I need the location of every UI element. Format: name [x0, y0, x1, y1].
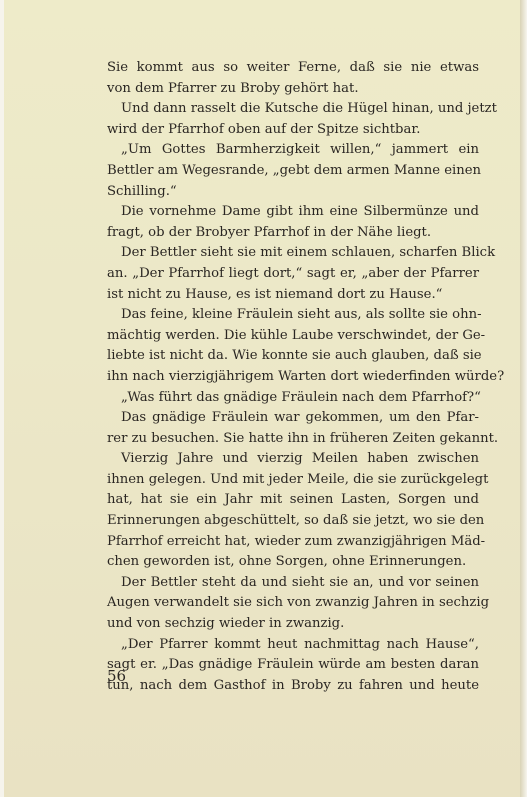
text-line: „Was führt das gnädige Fräulein nach dem…	[107, 388, 479, 409]
text-line: von dem Pfarrer zu Broby gehört hat.	[107, 79, 479, 100]
paragraph: „Was führt das gnädige Fräulein nach dem…	[107, 388, 479, 409]
paragraph: Vierzig Jahre und vierzig Meilen haben z…	[107, 449, 479, 573]
body-text: Sie kommt aus so weiter Ferne, daß sie n…	[107, 58, 479, 696]
text-line: Bettler am Wegesrande, „gebt dem armen M…	[107, 161, 479, 182]
text-line: ihnen gelegen. Und mit jeder Meile, die …	[107, 470, 479, 491]
text-line: hat, hat sie ein Jahr mit seinen Lasten,…	[107, 490, 479, 511]
text-line: liebte ist nicht da. Wie konnte sie auch…	[107, 346, 479, 367]
text-line: Erinnerungen abgeschüttelt, so daß sie j…	[107, 511, 479, 532]
text-line: und von sechzig wieder in zwanzig.	[107, 614, 479, 635]
scan-right-edge	[520, 0, 527, 797]
text-line: Der Bettler steht da und sieht sie an, u…	[107, 573, 479, 594]
paragraph: Und dann rasselt die Kutsche die Hügel h…	[107, 99, 479, 140]
text-line: Das gnädige Fräulein war gekommen, um de…	[107, 408, 479, 429]
text-line: Augen verwandelt sie sich von zwanzig Ja…	[107, 593, 479, 614]
text-line: „Der Pfarrer kommt heut nachmittag nach …	[107, 635, 479, 656]
paragraph: „Um Gottes Barmherzigkeit willen,“ jamme…	[107, 140, 479, 202]
text-line: mächtig werden. Die kühle Laube verschwi…	[107, 326, 479, 347]
paragraph: Das feine, kleine Fräulein sieht aus, al…	[107, 305, 479, 387]
text-line: Vierzig Jahre und vierzig Meilen haben z…	[107, 449, 479, 470]
text-line: ist nicht zu Hause, es ist niemand dort …	[107, 285, 479, 306]
text-line: Schilling.“	[107, 182, 479, 203]
page-number: 56	[107, 667, 126, 685]
text-line: Und dann rasselt die Kutsche die Hügel h…	[107, 99, 479, 120]
paragraph: Der Bettler steht da und sieht sie an, u…	[107, 573, 479, 635]
text-line: ihn nach vierzigjährigem Warten dort wie…	[107, 367, 479, 388]
paragraph: „Der Pfarrer kommt heut nachmittag nach …	[107, 635, 479, 697]
paragraph: Sie kommt aus so weiter Ferne, daß sie n…	[107, 58, 479, 99]
text-line: rer zu besuchen. Sie hatte ihn in früher…	[107, 429, 479, 450]
text-line: wird der Pfarrhof oben auf der Spitze si…	[107, 120, 479, 141]
book-page: Sie kommt aus so weiter Ferne, daß sie n…	[4, 0, 520, 797]
text-line: tun, nach dem Gasthof in Broby zu fahren…	[107, 676, 479, 697]
text-line: chen geworden ist, ohne Sorgen, ohne Eri…	[107, 552, 479, 573]
paragraph: Die vornehme Dame gibt ihm eine Silbermü…	[107, 202, 479, 243]
text-line: Pfarrhof erreicht hat, wieder zum zwanzi…	[107, 532, 479, 553]
paragraph: Der Bettler sieht sie mit einem schlauen…	[107, 243, 479, 305]
text-line: fragt, ob der Brobyer Pfarrhof in der Nä…	[107, 223, 479, 244]
text-line: Das feine, kleine Fräulein sieht aus, al…	[107, 305, 479, 326]
paragraph: Das gnädige Fräulein war gekommen, um de…	[107, 408, 479, 449]
text-line: sagt er. „Das gnädige Fräulein würde am …	[107, 655, 479, 676]
text-line: Die vornehme Dame gibt ihm eine Silbermü…	[107, 202, 479, 223]
text-line: Sie kommt aus so weiter Ferne, daß sie n…	[107, 58, 479, 79]
text-line: „Um Gottes Barmherzigkeit willen,“ jamme…	[107, 140, 479, 161]
text-line: Der Bettler sieht sie mit einem schlauen…	[107, 243, 479, 264]
text-line: an. „Der Pfarrhof liegt dort,“ sagt er, …	[107, 264, 479, 285]
